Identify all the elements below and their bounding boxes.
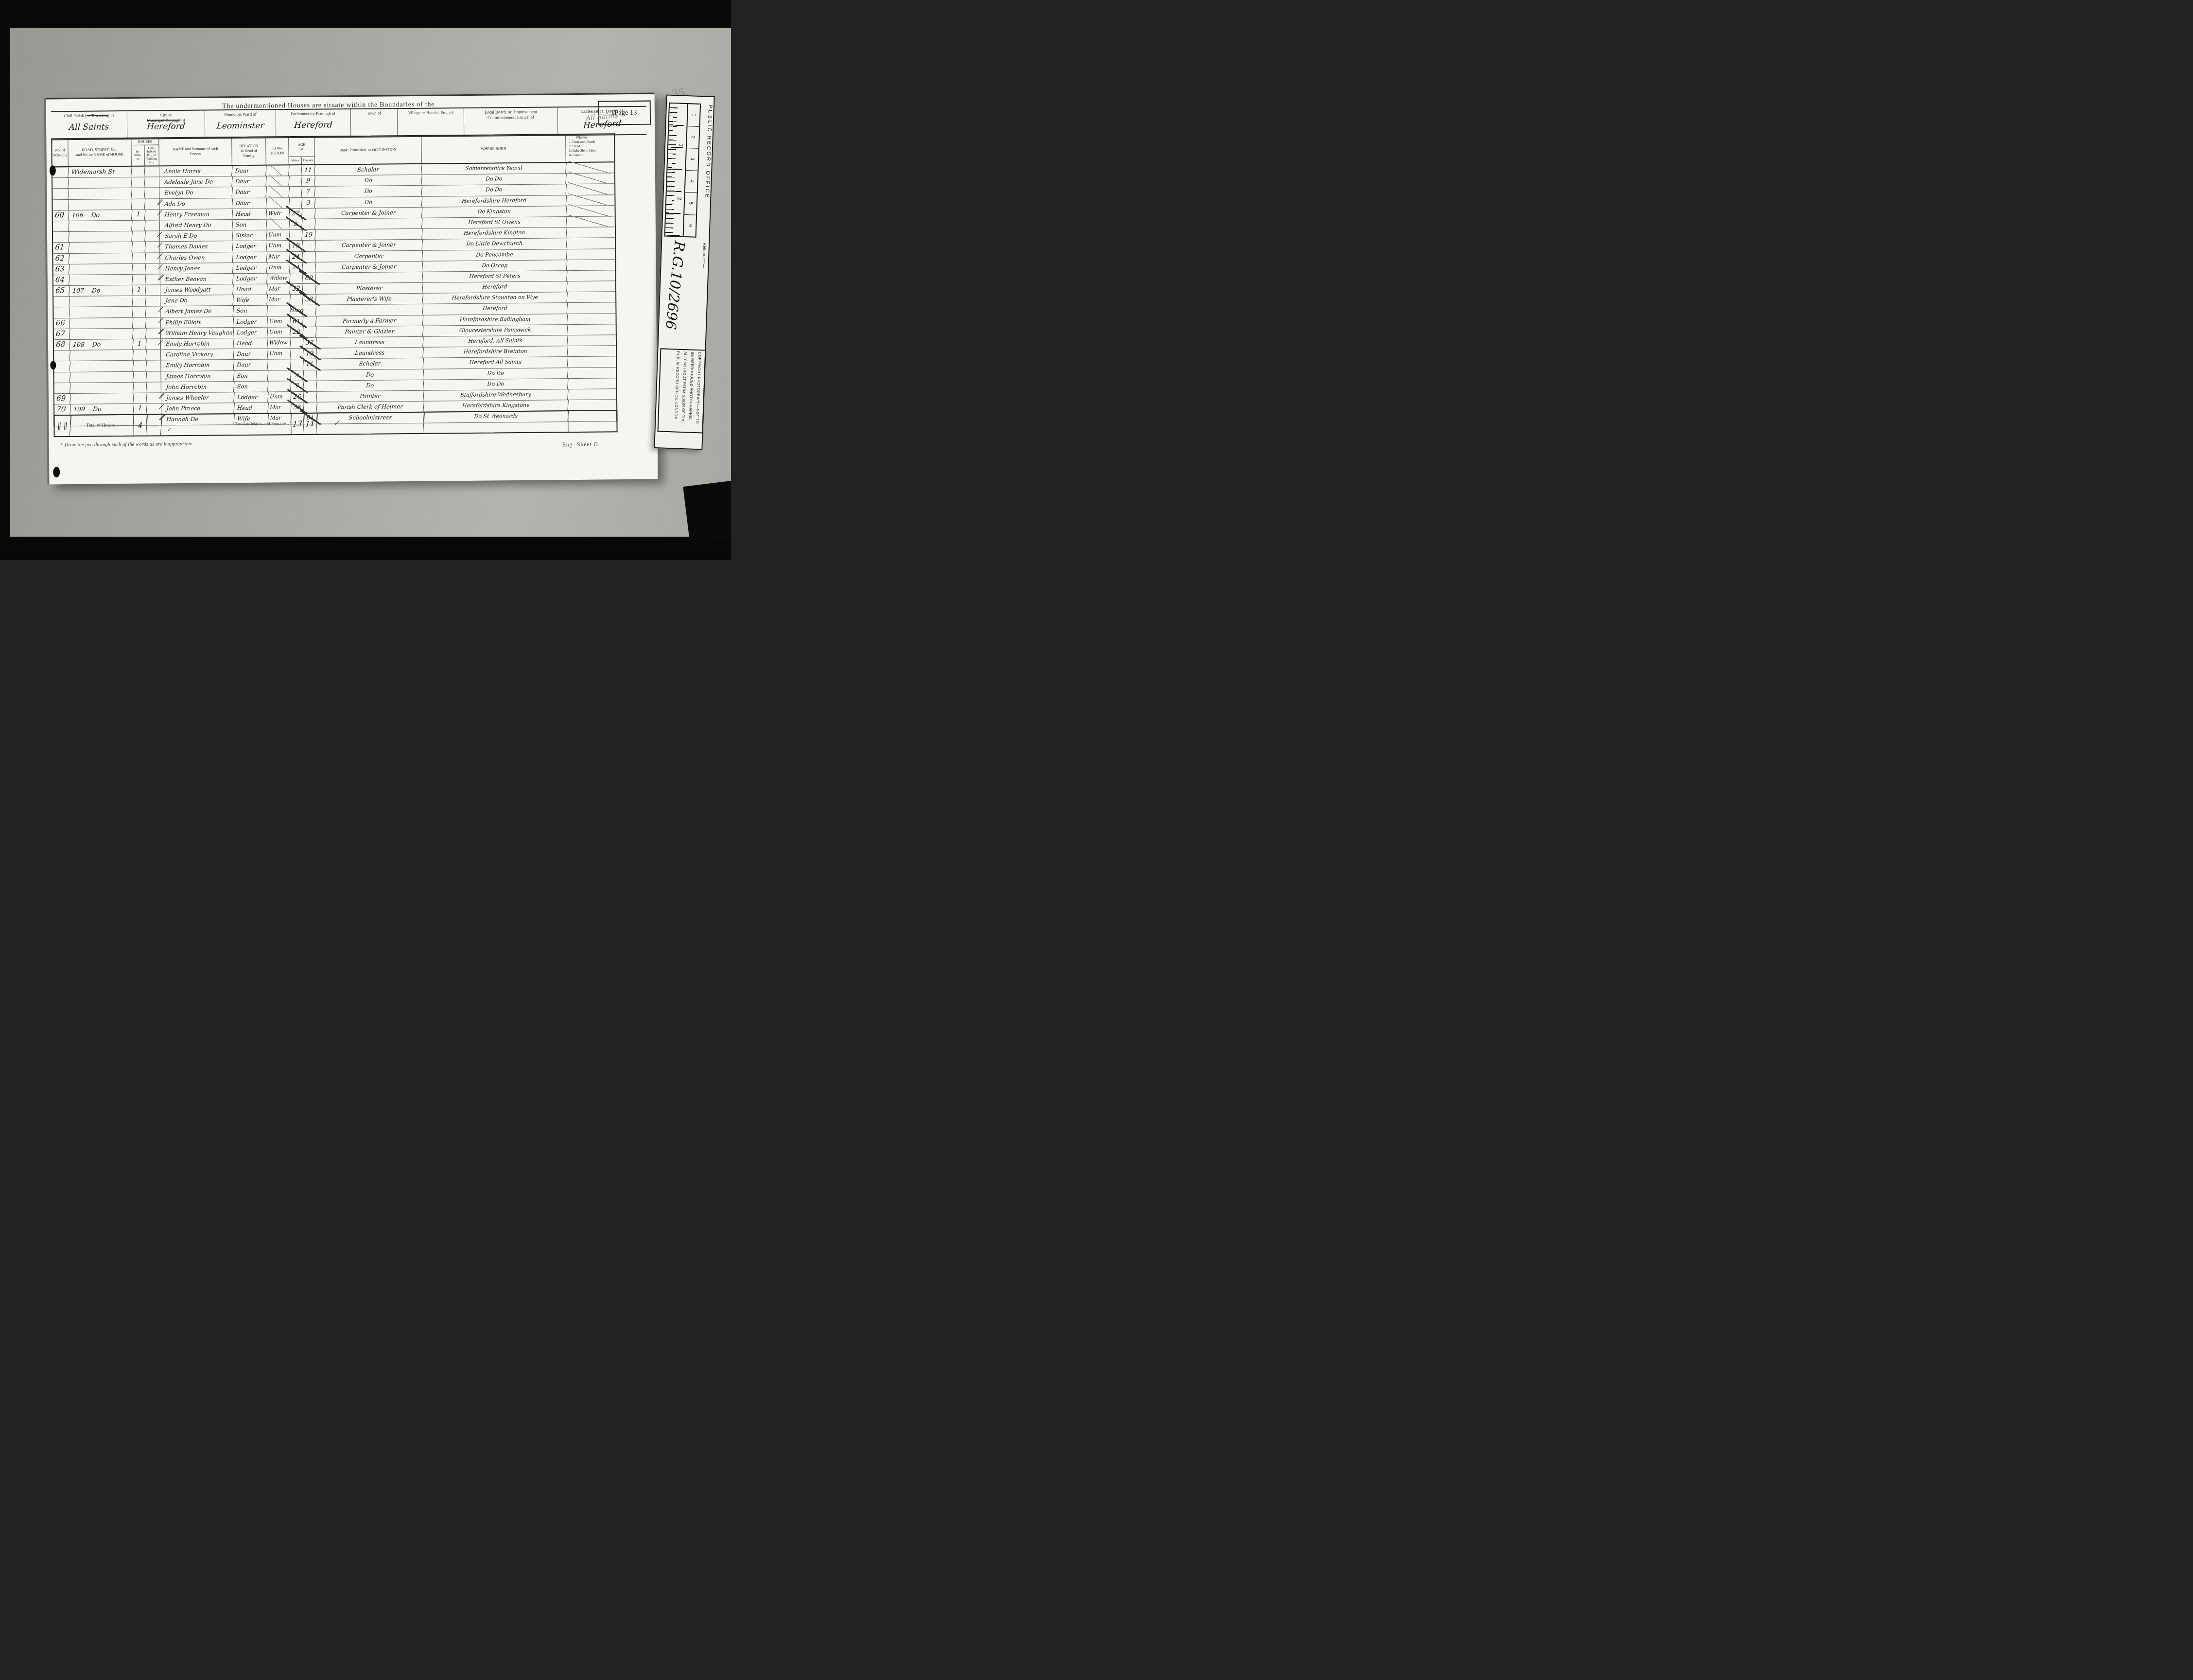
road-house-cell: 107 Do: [69, 285, 133, 296]
road-house-cell: [70, 329, 134, 339]
relation-cell: Daur: [232, 166, 267, 176]
condition-cell: Unm: [267, 262, 291, 273]
uninhabited-cell: [147, 382, 161, 392]
totals-tally: ∥ ∥: [54, 416, 71, 436]
road-house-cell: 106 Do: [69, 210, 133, 221]
condition-cell: [266, 198, 290, 209]
schedule-number-cell: [53, 307, 70, 317]
totals-born-empty: [424, 411, 568, 433]
where-born-cell: Hereford St Owens: [422, 217, 567, 228]
relation-cell: Lodger: [233, 273, 268, 284]
inhabited-cell: 1: [132, 210, 146, 220]
road-house-cell: [70, 371, 134, 382]
occupation-cell: [316, 304, 424, 315]
road-house-cell: [69, 264, 133, 275]
disability-cell: [568, 357, 618, 367]
road-house-cell: 108 Do: [70, 339, 134, 350]
age-female-cell: [302, 208, 316, 218]
occupation-cell: Do: [316, 369, 424, 380]
inhabited-cell: [132, 263, 146, 274]
age-male-cell: [290, 273, 303, 283]
where-born-cell: Gloucestershire Painswick: [423, 325, 568, 336]
where-born-cell: Do Kingston: [422, 206, 567, 218]
condition-cell: Unm: [267, 349, 291, 359]
relation-cell: Lodger: [233, 327, 268, 338]
field-municipal-borough: City orMunicipal Borough of Hereford: [127, 111, 205, 139]
condition-cell: [268, 381, 292, 392]
age-male-cell: [290, 295, 303, 305]
black-border-bottom: [0, 537, 731, 560]
where-born-cell: Herefordshire Breinton: [423, 346, 568, 358]
relation-cell: Lodger: [233, 262, 268, 273]
schedule-number-cell: [54, 361, 71, 371]
inhabited-cell: [132, 231, 146, 242]
uninhabited-cell: [145, 166, 159, 176]
inhabited-cell: [133, 307, 147, 317]
disability-cell: [568, 367, 618, 378]
schedule-number-cell: [54, 383, 71, 393]
disability-cell: [566, 162, 616, 173]
disability-cell: [568, 346, 618, 356]
age-female-cell: [303, 316, 317, 326]
age-male-cell: 24: [290, 262, 303, 273]
uninhabited-cell: [146, 296, 160, 306]
age-female-cell: [302, 219, 316, 229]
col-header-males: Males: [289, 157, 302, 164]
name-cell: James Woodyatt: [160, 284, 234, 296]
disability-cell: [568, 400, 618, 410]
ruler-inch-number: 2: [676, 197, 682, 200]
road-house-cell: [69, 253, 133, 263]
road-house-cell: [69, 296, 133, 307]
uninhabited-cell: [146, 285, 160, 296]
age-male-cell: 55: [291, 402, 304, 413]
disability-cell: [567, 227, 617, 238]
field-value: Hereford: [127, 122, 205, 132]
inhabited-cell: [131, 177, 145, 188]
total-uninhabited-dash: —: [146, 415, 162, 435]
relation-cell: Daur: [232, 198, 267, 209]
age-male-cell: 7: [291, 381, 304, 391]
age-male-cell: 27: [289, 209, 303, 219]
disability-cell: [567, 303, 617, 314]
footnote: * Draw the pen through such of the words…: [61, 441, 194, 448]
relation-cell: Son: [234, 370, 269, 381]
field-label: Local Board, or [ImprovementCommissioner…: [464, 109, 557, 121]
age-male-cell: [289, 197, 303, 208]
total-houses-label: Total of Houses..: [70, 415, 134, 436]
relation-cell: Daur: [232, 187, 267, 198]
occupation-cell: Do: [315, 196, 423, 208]
schedule-number-cell: [52, 232, 70, 242]
name-cell: Adelaide Jane Do: [159, 176, 233, 188]
occupation-cell: Laundress: [316, 337, 424, 348]
age-male-cell: 9: [291, 370, 304, 380]
road-house-cell: [70, 307, 134, 317]
relation-cell: Head: [234, 403, 269, 414]
age-male-cell: [290, 349, 304, 359]
condition-cell: Unm: [266, 241, 290, 251]
inhabited-cell: [133, 393, 147, 403]
where-born-cell: Do Do: [423, 368, 569, 380]
where-born-cell: Do Pencombe: [422, 249, 568, 261]
where-born-cell: Herefordshire Hereford: [422, 195, 567, 207]
age-male-cell: [291, 359, 304, 369]
schedule-number-cell: [53, 350, 70, 361]
inhabited-cell: 1: [132, 285, 146, 296]
relation-cell: Daur: [233, 349, 268, 360]
disability-cell: [566, 184, 616, 195]
condition-cell: Mar: [267, 252, 291, 262]
name-cell: John Horrobin: [161, 382, 235, 393]
schedule-number-cell: [52, 189, 69, 199]
relation-cell: Head: [232, 209, 267, 219]
inhabited-cell: [132, 242, 146, 252]
ruler-cell-number: 1: [687, 104, 700, 126]
field-value: Hereford: [276, 120, 351, 130]
disability-cell: [567, 238, 617, 249]
disability-cell: [566, 195, 616, 206]
age-male-cell: [289, 230, 303, 240]
schedule-number-cell: 60: [52, 210, 70, 221]
occupation-cell: Carpenter & Joiner: [315, 261, 423, 272]
ruler-cell-number: 3: [686, 148, 698, 171]
condition-cell: Widow: [267, 273, 291, 284]
ink-blob: [50, 361, 56, 369]
condition-cell: [266, 165, 290, 176]
road-house-cell: [70, 383, 134, 393]
where-born-cell: Do Do: [421, 174, 567, 185]
name-cell: ∕∕James Wheeler: [161, 392, 235, 403]
ruler-ticks-major: [665, 104, 684, 236]
inhabited-cell: [132, 221, 146, 231]
field-value: All Saints: [51, 122, 127, 132]
occupation-cell: Carpenter & Joiner: [315, 240, 423, 251]
condition-cell: [268, 370, 292, 381]
condition-cell: [266, 219, 290, 230]
condition-cell: Mar: [267, 295, 291, 305]
name-cell: ∕Emily Horrobin: [160, 338, 234, 350]
where-born-cell: Somersetshire Yeovil: [421, 163, 567, 175]
schedule-number-cell: 62: [53, 254, 70, 264]
road-house-cell: [70, 361, 134, 371]
age-female-cell: 9: [301, 176, 315, 186]
relation-cell: Lodger: [233, 316, 268, 327]
schedule-number-cell: [53, 297, 70, 307]
ruler-cell-number: 4: [685, 170, 698, 192]
road-house-cell: [69, 221, 133, 231]
age-male-cell: 22: [290, 327, 304, 337]
name-cell: ∕Philip Elliott: [160, 317, 234, 328]
age-male-cell: [289, 176, 302, 186]
condition-cell: Mar: [267, 284, 291, 295]
disability-cell: [567, 292, 617, 302]
age-male-cell: 8mo: [290, 305, 304, 315]
age-female-cell: 11: [303, 359, 317, 369]
name-cell: Evelyn Do: [159, 188, 233, 199]
age-female-cell: [303, 327, 317, 337]
inhabited-cell: 1: [133, 339, 147, 350]
inhabited-cell: 1: [133, 404, 147, 414]
age-female-cell: 3: [302, 197, 316, 208]
schedule-number-cell: 63: [53, 264, 70, 275]
age-male-cell: 26: [291, 392, 304, 402]
relation-cell: Lodger: [234, 392, 269, 402]
name-cell: ∕John Preece: [161, 403, 235, 414]
field-value: Leominster: [205, 121, 276, 131]
inhabited-cell: [133, 350, 147, 360]
condition-cell: Unm: [266, 230, 290, 241]
name-cell: ∕∕William Henry Vaughan: [160, 328, 234, 339]
name-cell: ∕Thomas Davies: [159, 241, 233, 252]
copyright-notice: COPYRIGHT PHOTOGRAPH—NOT TO BE REPRODUCE…: [658, 348, 706, 433]
reference-label: Reference :—: [701, 243, 707, 268]
col-header-houses: HOUSES In- habit- ed Unin- habited (U.),…: [131, 138, 159, 165]
field-value: [398, 119, 464, 120]
inhabited-cell: [133, 382, 147, 392]
where-born-cell: Hereford: [422, 281, 568, 293]
relation-cell: Head: [233, 284, 268, 295]
condition-cell: Unm: [268, 392, 292, 402]
inhabited-cell: [132, 296, 146, 306]
condition-cell: Mar: [268, 402, 292, 413]
age-male-cell: 24: [290, 251, 303, 262]
where-born-cell: Hereford, All Saints: [423, 335, 568, 347]
condition-cell: Widr: [266, 209, 290, 219]
occupation-cell: Scholar: [316, 358, 424, 369]
col-header-inhabited: In- habit- ed: [131, 145, 144, 166]
name-cell: ∕Henry Freeman: [159, 209, 233, 220]
field-label: Civil Parish [or Township] of: [51, 113, 127, 119]
col-header-where-born: WHERE BORN: [421, 135, 566, 163]
condition-cell: [266, 176, 290, 187]
occupation-cell: Do: [316, 380, 424, 391]
census-rows: Widemarsh St Annie Harris Daur 11 Schola…: [52, 162, 618, 426]
schedule-number-cell: 64: [53, 275, 70, 285]
where-born-cell: Hereford St Peters: [422, 271, 568, 282]
road-house-cell: [68, 188, 132, 199]
pro-office-label: PUBLIC RECORD OFFICE: [703, 105, 713, 237]
condition-cell: Unm: [267, 316, 291, 327]
disability-cell: [566, 173, 616, 184]
road-house-cell: [70, 393, 134, 404]
table-column-headers: No. of Schedule ROAD, STREET, &c., and N…: [51, 133, 615, 167]
inhabited-cell: [133, 361, 147, 371]
relation-cell: Son: [232, 219, 267, 230]
uninhabited-cell: [146, 350, 161, 360]
ruler-inch-number: 1: [678, 143, 684, 147]
name-cell: ∕Henry Jones: [160, 263, 234, 274]
occupation-cell: Formerly a Farmer: [316, 315, 424, 326]
age-female-cell: 11: [301, 165, 315, 175]
name-cell: ∕Charles Owen: [160, 252, 234, 263]
field-town: Town of: [351, 109, 398, 137]
field-ecclesiastical-district: Ecclesiastical District of All Saints He…: [558, 107, 646, 135]
occupation-cell: [315, 229, 423, 240]
col-header-name: NAME and Surname of each Person: [159, 138, 232, 165]
age-male-cell: 2: [289, 219, 303, 229]
totals-disability-empty: [568, 411, 616, 432]
condition-cell: Widow: [267, 338, 291, 349]
schedule-number-cell: [52, 178, 69, 188]
inhabited-cell: [132, 253, 146, 263]
occupation-cell: Carpenter: [315, 250, 423, 262]
age-female-cell: [302, 241, 316, 251]
uninhabited-cell: [145, 177, 159, 188]
ruler: 1 2 1 2 3 4 5 6: [664, 103, 701, 238]
relation-cell: Daur: [234, 360, 269, 370]
field-parliamentary-borough: Parliamentary Borough of Hereford: [276, 109, 351, 137]
occupation-cell: [315, 218, 423, 229]
disability-cell: [567, 314, 617, 324]
photo-stage: The undermentioned Houses are situate wi…: [0, 0, 731, 560]
age-female-cell: [303, 305, 317, 315]
total-houses-value: 4: [133, 415, 148, 436]
relation-cell: Son: [234, 381, 269, 392]
disability-cell: [568, 324, 618, 335]
age-female-cell: 19: [302, 230, 316, 240]
name-cell: Annie Harris: [159, 166, 233, 177]
col-header-disability: Whether 1. Deaf-and-Dumb 2. Blind 3. Imb…: [566, 134, 614, 162]
where-born-cell: Hereford All Saints: [423, 357, 569, 368]
name-cell: Caroline Vickery: [160, 349, 234, 360]
ruler-cells: 1 2 3 4 5 6: [683, 104, 700, 237]
field-local-board: Local Board, or [ImprovementCommissioner…: [464, 107, 558, 136]
disability-cell: [568, 378, 618, 389]
inhabited-cell: [132, 275, 146, 285]
disability-cell: [567, 206, 617, 216]
ink-blob: [50, 165, 56, 175]
total-females-value: 11: [303, 414, 318, 434]
age-male-cell: [290, 338, 304, 348]
ruler-cell-number: 6: [684, 214, 696, 236]
col-header-road: ROAD, STREET, &c., and No. or NAME of HO…: [68, 139, 131, 166]
age-female-cell: [302, 284, 316, 294]
disability-cell: [568, 335, 618, 346]
occupation-cell: [315, 272, 423, 283]
relation-cell: Daur: [232, 176, 267, 187]
road-house-cell: [70, 318, 134, 329]
ink-blob: [53, 467, 60, 477]
condition-cell: Unm: [267, 327, 291, 338]
where-born-cell: Do Do: [423, 379, 569, 390]
check-mark: ✓: [166, 426, 172, 434]
inhabited-cell: [133, 371, 147, 382]
name-cell: Jane Do: [160, 295, 234, 306]
col-header-relation: RELATION to Head of Family: [232, 138, 266, 165]
occupation-cell: Plasterer: [315, 283, 423, 294]
name-cell: ∕Sarah E Do: [159, 230, 233, 242]
field-label: Parliamentary Borough of: [276, 111, 350, 117]
name-cell: ∕Albert James Do: [160, 306, 234, 317]
condition-cell: [268, 359, 292, 370]
road-house-cell: [69, 275, 133, 285]
black-border-left: [0, 28, 10, 537]
age-female-cell: [303, 402, 317, 413]
road-house-cell: [69, 199, 133, 210]
inhabited-cell: [133, 329, 147, 339]
schedule-number-cell: [54, 372, 71, 383]
col-header-condition: CON- DITION: [266, 137, 289, 164]
age-female-cell: [302, 262, 316, 272]
road-house-cell: [69, 231, 133, 242]
relation-cell: Lodger: [232, 241, 267, 252]
schedule-number-cell: 70: [54, 404, 71, 415]
disability-cell: [568, 389, 618, 400]
occupation-cell: Do: [314, 186, 422, 197]
condition-cell: [267, 306, 291, 316]
name-cell: ∕∕Ada Do: [159, 198, 233, 210]
name-cell: James Horrobin: [161, 371, 235, 382]
age-female-cell: [302, 251, 316, 262]
name-cell: Emily Horrobin: [161, 360, 235, 371]
road-house-cell: [70, 350, 134, 361]
where-born-cell: Do Little Dewchurch: [422, 238, 567, 250]
census-sheet: The undermentioned Houses are situate wi…: [46, 93, 658, 485]
uninhabited-cell: [146, 361, 161, 371]
relation-cell: Lodger: [233, 252, 268, 262]
age-male-cell: 32: [290, 284, 303, 294]
schedule-number-cell: [52, 200, 70, 210]
age-male-cell: 61: [290, 316, 304, 326]
road-house-cell: Widemarsh St: [68, 167, 132, 177]
disability-cell: [567, 216, 617, 227]
schedule-number-cell: 69: [54, 394, 71, 404]
field-value: [351, 120, 397, 120]
totals-row: ∥ ∥ Total of Houses.. 4 — ✓ Total of Mal…: [53, 410, 617, 437]
age-female-cell: 37: [303, 338, 317, 348]
col-header-females: Females: [302, 157, 314, 164]
age-female-cell: 19: [303, 349, 317, 359]
uninhabited-cell: [146, 371, 161, 382]
inhabited-cell: [131, 167, 145, 177]
disability-cell: [567, 249, 617, 260]
total-males-females-label: ✓ Total of Males and Females..: [161, 414, 291, 435]
relation-cell: Wife: [233, 295, 268, 306]
schedule-number-cell: 61: [52, 243, 70, 253]
col-header-age: AGE of Males Females: [289, 137, 314, 164]
age-female-cell: 33: [302, 295, 316, 305]
black-border-top: [0, 0, 731, 28]
inhabited-cell: [131, 188, 145, 198]
schedule-number-cell: 68: [53, 340, 70, 350]
where-born-cell: Do Do: [421, 185, 567, 196]
where-born-cell: Herefordshire Staunton on Wye: [422, 292, 568, 304]
field-label: Municipal Ward of: [205, 111, 276, 117]
schedule-number-cell: 67: [53, 329, 70, 339]
field-municipal-ward: Municipal Ward of Leominster: [205, 110, 276, 138]
field-label: Town of: [351, 110, 397, 116]
inhabited-cell: [132, 199, 146, 209]
occupation-cell: Plasterer's Wife: [315, 294, 423, 305]
total-males-value: 13: [291, 414, 305, 434]
black-corner-bottom-right: [683, 480, 731, 544]
road-house-cell: [69, 242, 133, 253]
disability-cell: [567, 270, 617, 281]
pro-label-strip: 1 2 1 2 3 4 5 6 PUBLIC RECORD OFFICE Ref…: [654, 94, 714, 450]
ruler-cell-number: 2: [687, 126, 699, 149]
schedule-number-cell: 65: [53, 286, 70, 296]
occupation-cell: Scholar: [314, 164, 422, 175]
age-male-cell: [289, 187, 302, 197]
uninhabited-cell: [145, 188, 159, 198]
condition-cell: [266, 187, 290, 197]
where-born-cell: Do Orcop: [422, 260, 568, 272]
schedule-number-cell: [52, 221, 70, 231]
age-female-cell: 7: [301, 187, 315, 197]
uninhabited-cell: [145, 220, 160, 230]
col-header-schedule: No. of Schedule: [52, 139, 68, 166]
